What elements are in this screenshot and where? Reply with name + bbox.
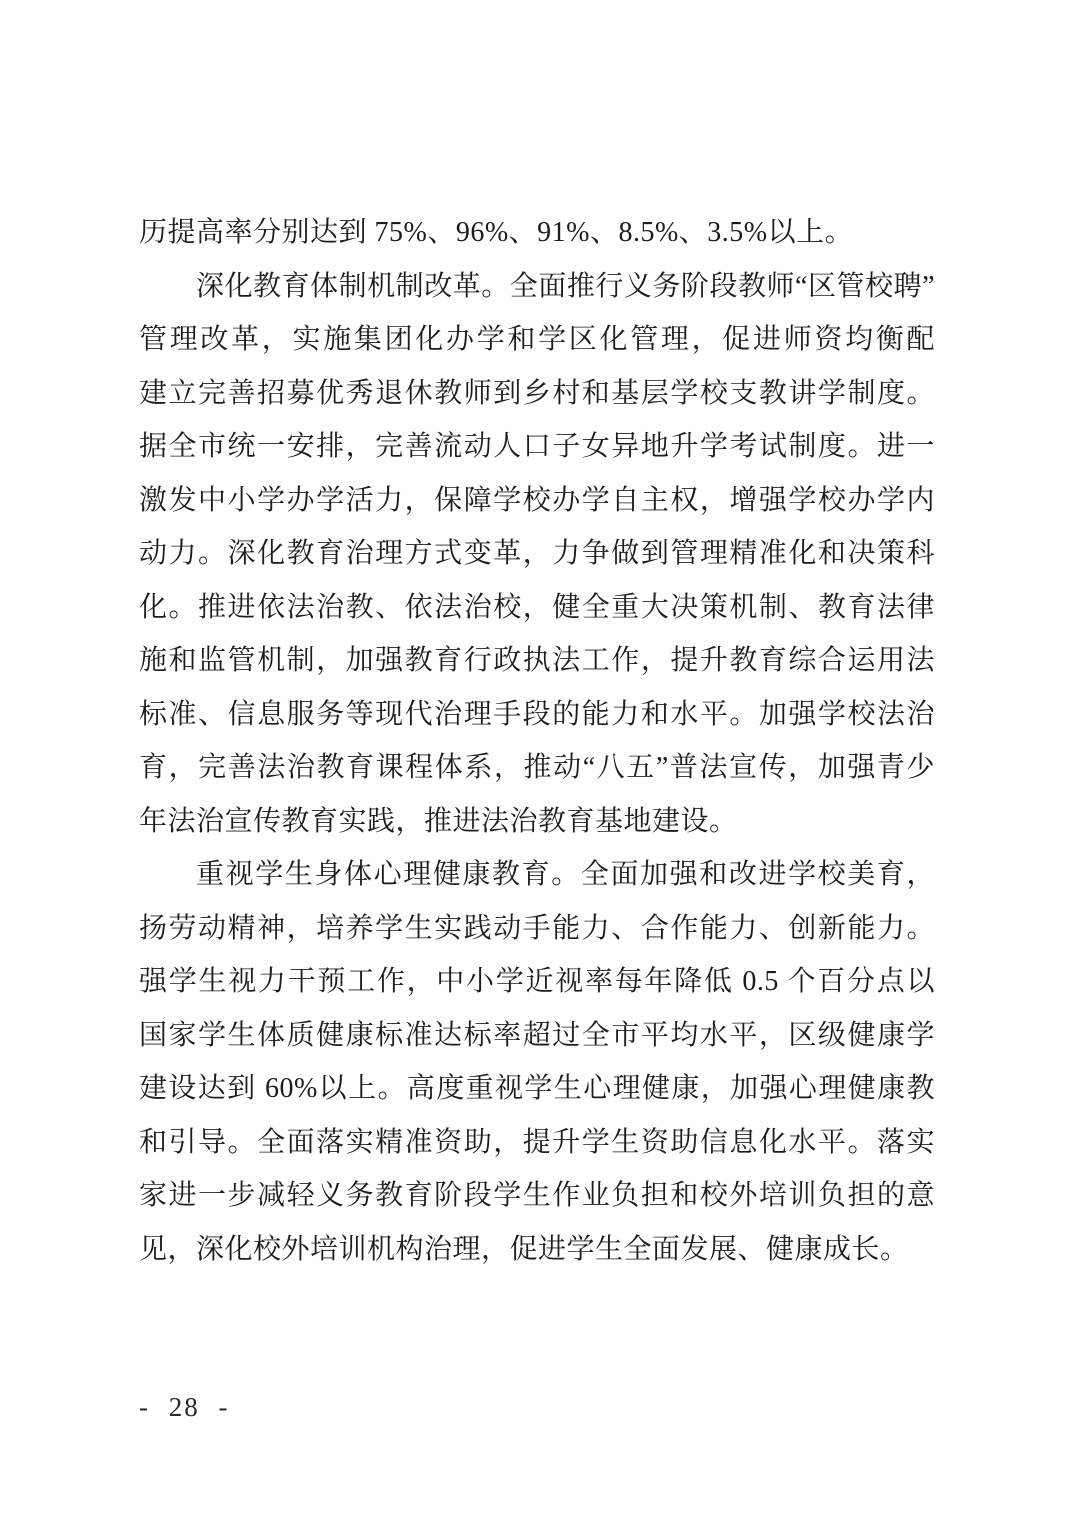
text-line: 深化教育体制机制改革。全面推行义务阶段教师“区管校聘” xyxy=(139,260,935,314)
text-line: 建设达到 60%以上。高度重视学生心理健康，加强心理健康教育 xyxy=(139,1062,935,1116)
text-line: 年法治宣传教育实践，推进法治教育基地建设。 xyxy=(139,795,935,849)
text-line: 和引导。全面落实精准资助，提升学生资助信息化水平。落实国 xyxy=(139,1116,935,1170)
text-line: 动力。深化教育治理方式变革，力争做到管理精准化和决策科学 xyxy=(139,527,935,581)
text-line: 标准、信息服务等现代治理手段的能力和水平。加强学校法治教 xyxy=(139,688,935,742)
text-line: 扬劳动精神，培养学生实践动手能力、合作能力、创新能力。加 xyxy=(139,902,935,956)
text-line: 建立完善招募优秀退休教师到乡村和基层学校支教讲学制度。根 xyxy=(139,367,935,421)
text-line: 育，完善法治教育课程体系，推动“八五”普法宣传，加强青少 xyxy=(139,741,935,795)
text-line: 见，深化校外培训机构治理，促进学生全面发展、健康成长。 xyxy=(139,1223,935,1277)
text-line: 家进一步减轻义务教育阶段学生作业负担和校外培训负担的意 xyxy=(139,1169,935,1223)
text-line: 据全市统一安排，完善流动人口子女异地升学考试制度。进一步 xyxy=(139,420,935,474)
text-line: 历提高率分别达到 75%、96%、91%、8.5%、3.5%以上。 xyxy=(139,206,935,260)
text-line: 重视学生身体心理健康教育。全面加强和改进学校美育，弘 xyxy=(139,848,935,902)
page-number: - 28 - xyxy=(139,1392,229,1423)
text-line: 管理改革，实施集团化办学和学区化管理，促进师资均衡配置。 xyxy=(139,313,935,367)
document-page: 历提高率分别达到 75%、96%、91%、8.5%、3.5%以上。深化教育体制机… xyxy=(0,0,1074,1520)
text-line: 强学生视力干预工作，中小学近视率每年降低 0.5 个百分点以上， xyxy=(139,955,935,1009)
text-line: 施和监管机制，加强教育行政执法工作，提升教育综合运用法律、 xyxy=(139,634,935,688)
document-body: 历提高率分别达到 75%、96%、91%、8.5%、3.5%以上。深化教育体制机… xyxy=(139,206,935,1276)
text-line: 化。推进依法治教、依法治校，健全重大决策机制、教育法律实 xyxy=(139,581,935,635)
text-line: 激发中小学办学活力，保障学校办学自主权，增强学校办学内生 xyxy=(139,474,935,528)
text-line: 国家学生体质健康标准达标率超过全市平均水平，区级健康学校 xyxy=(139,1009,935,1063)
